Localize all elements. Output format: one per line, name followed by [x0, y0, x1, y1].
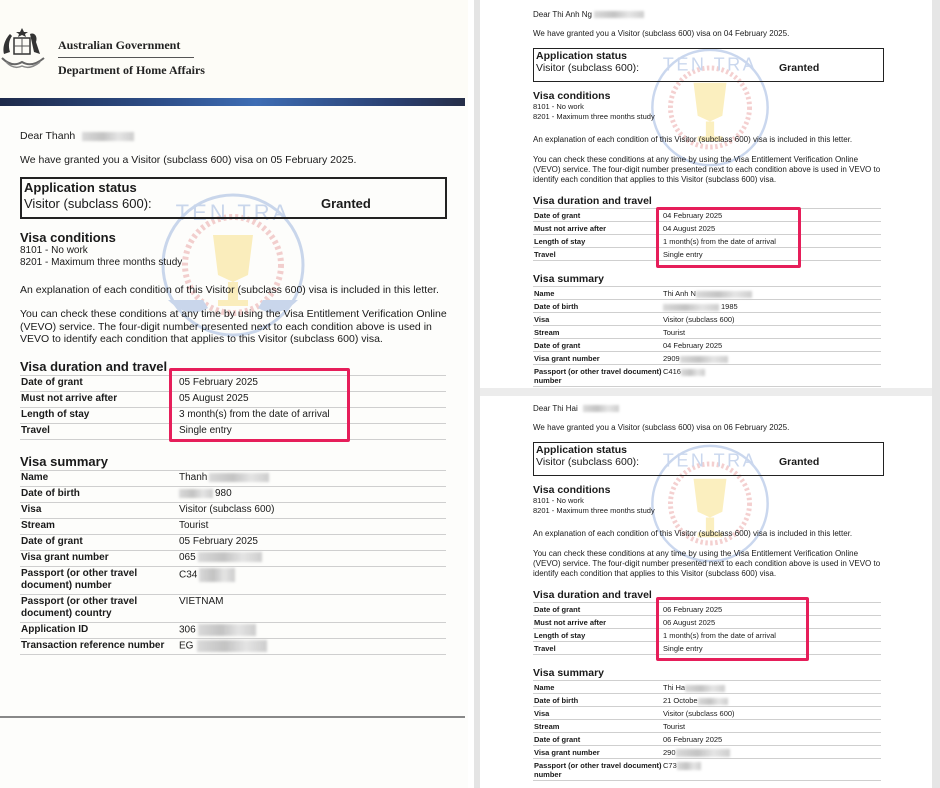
condition-item: 8201 - Maximum three months study [533, 112, 655, 122]
row-value: 05 February 2025 [178, 535, 446, 551]
conditions-explanation: An explanation of each condition of this… [533, 135, 852, 144]
row-label: Name [533, 681, 662, 694]
redacted-value [685, 685, 725, 692]
row-label: Travel [20, 424, 178, 440]
table-row: Date of birth980 [20, 487, 446, 503]
row-label: Name [20, 471, 178, 487]
table-row: Transaction reference numberEG [20, 639, 446, 655]
row-label: Visa grant number [533, 352, 662, 365]
redacted-value [677, 762, 701, 770]
row-label: Passport (or other travel document) numb… [533, 759, 662, 781]
vevo-paragraph: You can check these conditions at any ti… [20, 308, 450, 346]
value-text: 980 [215, 488, 232, 499]
status-row: Visitor (subclass 600): Granted [536, 456, 883, 468]
row-value: 04 February 2025 [662, 339, 881, 352]
row-value: EG [178, 639, 446, 655]
row-value: 306 [178, 623, 446, 639]
summary-title: Visa summary [20, 454, 446, 470]
row-value: Visitor (subclass 600) [662, 707, 881, 720]
table-row: Passport (or other travel document) numb… [533, 365, 881, 387]
page-divider [0, 716, 465, 718]
visa-conditions: Visa conditions 8101 - No work 8201 - Ma… [533, 90, 655, 122]
status-title: Application status [24, 180, 445, 195]
visa-letter-2: TEN TRA Dear Thi Anh Ng We have granted … [480, 0, 932, 388]
row-label: Stream [533, 720, 662, 733]
visa-conditions: Visa conditions 8101 - No work 8201 - Ma… [20, 230, 182, 269]
status-row: Visitor (subclass 600): Granted [536, 62, 883, 74]
summary-title: Visa summary [533, 667, 881, 680]
row-value: 2909 [662, 352, 881, 365]
status-badge: Granted [779, 62, 819, 74]
row-label: Stream [533, 326, 662, 339]
header-banner [0, 98, 465, 106]
row-value: Visitor (subclass 600) [662, 313, 881, 326]
condition-item: 8101 - No work [20, 245, 182, 257]
row-label: Date of grant [20, 376, 178, 392]
row-value: C34 [178, 567, 446, 595]
table-row: NameThi Ha [533, 681, 881, 694]
highlight-box [656, 207, 801, 268]
row-label: Travel [533, 642, 662, 655]
table-row: NameThanh [20, 471, 446, 487]
redacted-name [82, 132, 134, 141]
row-label: Passport (or other travel document) numb… [20, 567, 178, 595]
status-label: Visitor (subclass 600): [24, 196, 152, 211]
visa-letter-3: TEN TRA Dear Thi Hai We have granted you… [480, 396, 932, 788]
title-divider [58, 57, 194, 58]
grant-sentence: We have granted you a Visitor (subclass … [533, 423, 789, 432]
gov-name: Australian Government [58, 38, 205, 53]
table-row: Date of grant04 February 2025 [533, 339, 881, 352]
highlight-box [656, 597, 809, 661]
row-label: Visa [533, 707, 662, 720]
table-row: Visa grant number2909 [533, 352, 881, 365]
row-label: Name [533, 287, 662, 300]
row-label: Length of stay [533, 235, 662, 248]
row-label: Visa grant number [20, 551, 178, 567]
vevo-paragraph: You can check these conditions at any ti… [533, 155, 885, 185]
row-label: Date of birth [20, 487, 178, 503]
value-text: 2909 [663, 354, 680, 363]
recipient-name: Dear Thi Anh Ng [533, 10, 592, 19]
table-row: VisaVisitor (subclass 600) [533, 707, 881, 720]
status-label: Visitor (subclass 600): [536, 456, 639, 468]
row-label: Date of grant [533, 339, 662, 352]
coat-of-arms-icon [0, 24, 50, 74]
row-value: 290 [662, 746, 881, 759]
row-label: Must not arrive after [533, 222, 662, 235]
row-label: Passport (or other travel document) coun… [20, 595, 178, 623]
visa-summary-section: Visa summary NameThi Ha Date of birth21 … [533, 667, 881, 781]
row-label: Passport (or other travel document) numb… [533, 365, 662, 387]
row-value: Visitor (subclass 600) [178, 503, 446, 519]
application-status-box: Application status Visitor (subclass 600… [533, 442, 884, 476]
table-row: Visa grant number290 [533, 746, 881, 759]
application-status-box: Application status Visitor (subclass 600… [20, 177, 447, 219]
row-label: Date of grant [533, 209, 662, 222]
summary-table: NameThi Ha Date of birth21 Octobe VisaVi… [533, 680, 881, 781]
visa-summary-section: Visa summary NameThanh Date of birth980 … [20, 454, 446, 655]
highlight-box [169, 368, 350, 442]
letterhead: Australian Government Department of Home… [0, 0, 468, 98]
redacted-value [663, 304, 719, 311]
status-badge: Granted [321, 196, 371, 211]
condition-item: 8101 - No work [533, 496, 655, 506]
status-row: Visitor (subclass 600): Granted [24, 196, 445, 211]
row-label: Application ID [20, 623, 178, 639]
visa-letter-1: Australian Government Department of Home… [0, 0, 468, 788]
row-value: 065 [178, 551, 446, 567]
value-text: C34 [179, 570, 197, 581]
value-text: Thi Ha [663, 683, 685, 692]
row-value: Thi Ha [662, 681, 881, 694]
row-label: Length of stay [20, 408, 178, 424]
redacted-value [676, 749, 730, 757]
summary-table: NameThi Anh N Date of birth1985 VisaVisi… [533, 286, 881, 387]
redacted-value [696, 291, 752, 298]
visa-conditions: Visa conditions 8101 - No work 8201 - Ma… [533, 484, 655, 516]
table-row: StreamTourist [20, 519, 446, 535]
row-value: 21 Octobe [662, 694, 881, 707]
value-text: 21 Octobe [663, 696, 698, 705]
row-label: Must not arrive after [533, 616, 662, 629]
recipient-name: Dear Thi Hai [533, 404, 578, 413]
value-text: C73 [663, 761, 677, 770]
condition-item: 8201 - Maximum three months study [533, 506, 655, 516]
table-row: Date of birth1985 [533, 300, 881, 313]
value-text: 290 [663, 748, 676, 757]
table-row: NameThi Anh N [533, 287, 881, 300]
redacted-value [179, 489, 213, 498]
conditions-title: Visa conditions [533, 90, 655, 102]
redacted-name [594, 11, 644, 18]
conditions-title: Visa conditions [533, 484, 655, 496]
table-row: Date of grant05 February 2025 [20, 535, 446, 551]
visa-summary-section: Visa summary NameThi Anh N Date of birth… [533, 273, 881, 387]
row-value: C416 [662, 365, 881, 387]
row-value: Tourist [178, 519, 446, 535]
row-value: 980 [178, 487, 446, 503]
table-row: StreamTourist [533, 326, 881, 339]
redacted-value [680, 356, 728, 363]
row-value: 06 February 2025 [662, 733, 881, 746]
row-value: Tourist [662, 326, 881, 339]
row-value: Thanh [178, 471, 446, 487]
table-row: Date of birth21 Octobe [533, 694, 881, 707]
salutation: Dear Thi Anh Ng [533, 10, 644, 19]
row-label: Visa [20, 503, 178, 519]
value-text: Thi Anh N [663, 289, 696, 298]
condition-item: 8101 - No work [533, 102, 655, 112]
row-label: Visa [533, 313, 662, 326]
row-label: Visa grant number [533, 746, 662, 759]
status-title: Application status [536, 50, 883, 62]
vevo-paragraph: You can check these conditions at any ti… [533, 549, 885, 579]
application-status-box: Application status Visitor (subclass 600… [533, 48, 884, 82]
row-label: Must not arrive after [20, 392, 178, 408]
redacted-value [198, 624, 256, 636]
value-text: 306 [179, 625, 196, 636]
table-row: Visa grant number065 [20, 551, 446, 567]
conditions-explanation: An explanation of each condition of this… [20, 284, 439, 296]
value-text: C416 [663, 367, 681, 376]
government-title: Australian Government Department of Home… [58, 38, 205, 78]
redacted-value [199, 568, 235, 582]
value-text: EG [179, 641, 193, 652]
row-value: Thi Anh N [662, 287, 881, 300]
recipient-name: Dear Thanh [20, 130, 75, 142]
table-row: Passport (or other travel document) coun… [20, 595, 446, 623]
value-text: 1985 [721, 302, 738, 311]
row-value: 1985 [662, 300, 881, 313]
panel-edge [932, 0, 940, 788]
table-row: Passport (or other travel document) numb… [533, 759, 881, 781]
conditions-title: Visa conditions [20, 230, 182, 245]
redacted-value [698, 698, 728, 705]
summary-table: NameThanh Date of birth980 VisaVisitor (… [20, 470, 446, 655]
redacted-value [681, 369, 705, 376]
row-label: Travel [533, 248, 662, 261]
row-label: Date of birth [533, 694, 662, 707]
department-name: Department of Home Affairs [58, 63, 205, 78]
row-label: Date of grant [20, 535, 178, 551]
redacted-value [209, 473, 269, 482]
status-title: Application status [536, 444, 883, 456]
grant-sentence: We have granted you a Visitor (subclass … [533, 29, 789, 38]
table-row: Date of grant06 February 2025 [533, 733, 881, 746]
table-row: VisaVisitor (subclass 600) [20, 503, 446, 519]
condition-item: 8201 - Maximum three months study [20, 257, 182, 269]
table-row: Application ID306 [20, 623, 446, 639]
salutation: Dear Thi Hai [533, 404, 619, 413]
row-label: Date of grant [533, 603, 662, 616]
row-label: Date of grant [533, 733, 662, 746]
panel-gap [480, 388, 940, 396]
grant-sentence: We have granted you a Visitor (subclass … [20, 154, 356, 166]
status-badge: Granted [779, 456, 819, 468]
row-value: C73 [662, 759, 881, 781]
row-value: Tourist [662, 720, 881, 733]
conditions-explanation: An explanation of each condition of this… [533, 529, 852, 538]
value-text: Thanh [179, 472, 207, 483]
row-label: Transaction reference number [20, 639, 178, 655]
row-label: Stream [20, 519, 178, 535]
salutation: Dear Thanh [20, 130, 134, 142]
summary-title: Visa summary [533, 273, 881, 286]
row-label: Length of stay [533, 629, 662, 642]
table-row: StreamTourist [533, 720, 881, 733]
table-row: Passport (or other travel document) numb… [20, 567, 446, 595]
redacted-value [197, 640, 267, 652]
row-label: Date of birth [533, 300, 662, 313]
value-text: 065 [179, 552, 196, 563]
row-value: VIETNAM [178, 595, 446, 623]
table-row: VisaVisitor (subclass 600) [533, 313, 881, 326]
redacted-name [583, 405, 619, 412]
redacted-value [198, 552, 262, 562]
status-label: Visitor (subclass 600): [536, 62, 639, 74]
